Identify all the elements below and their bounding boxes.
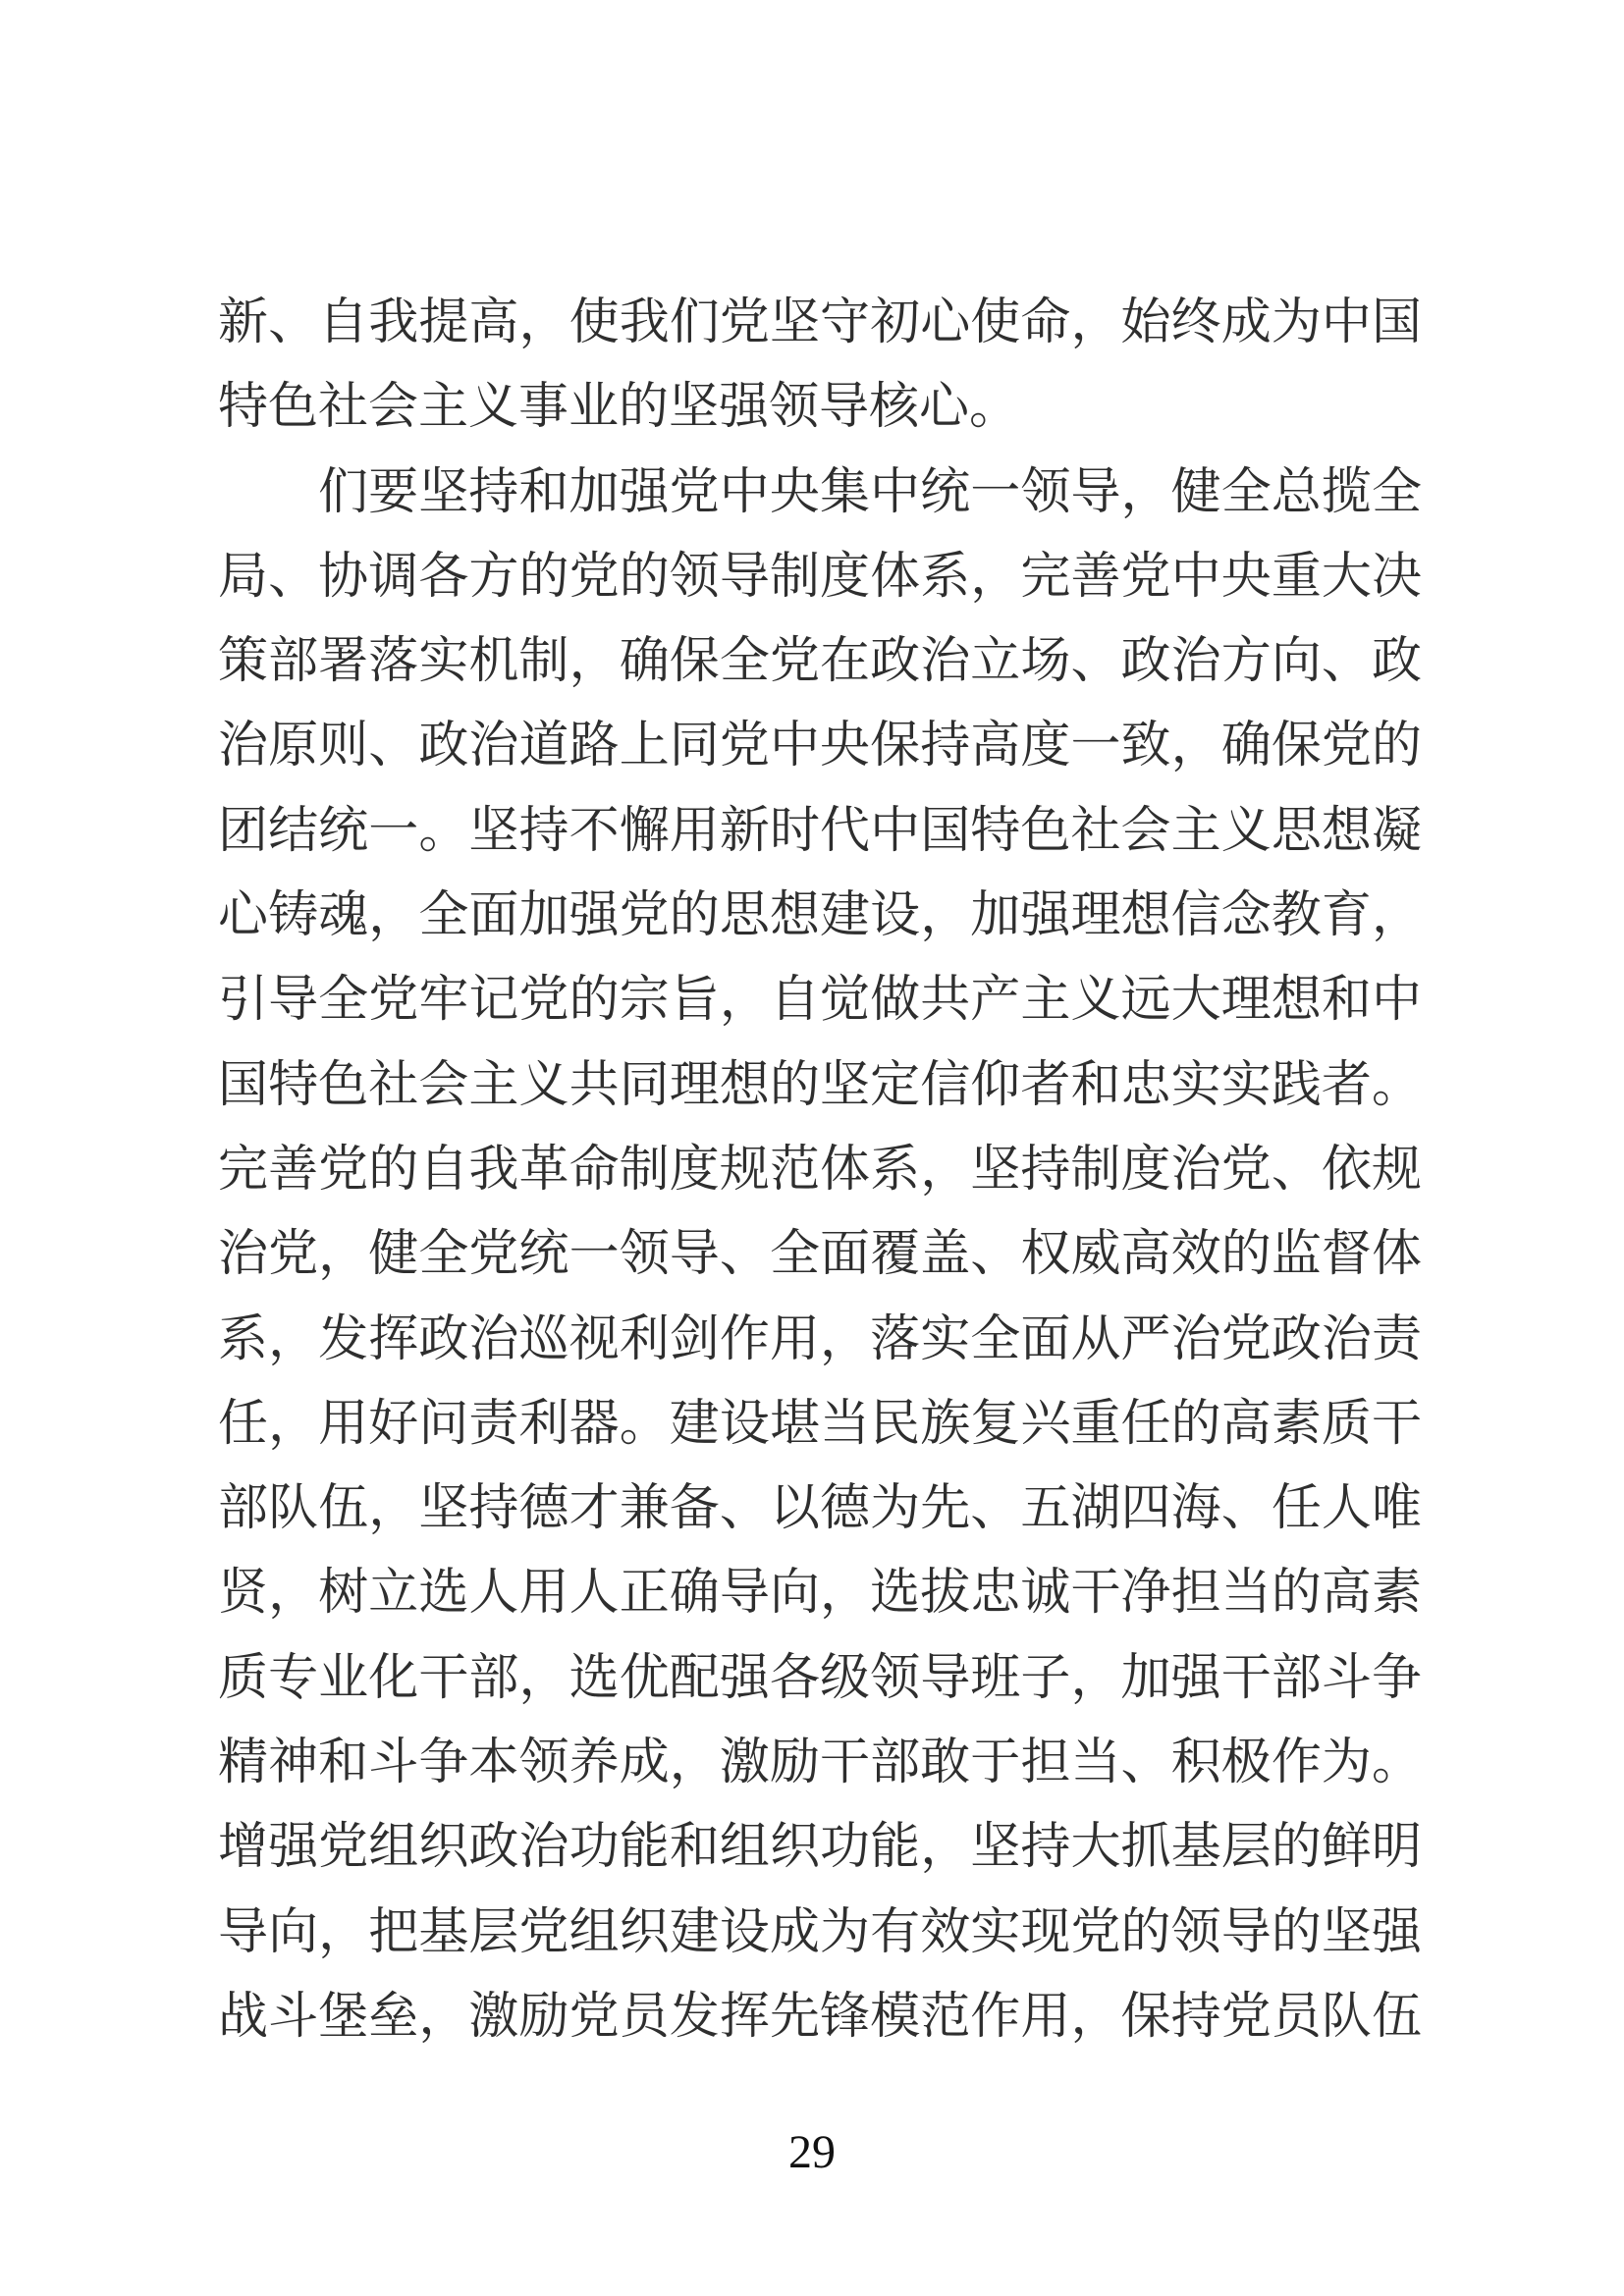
text-line: 任，用好问责利器。建设堪当民族复兴重任的高素质干 bbox=[218, 1382, 1422, 1467]
body-text: 新、自我提高，使我们党坚守初心使命，始终成为中国 特色社会主义事业的坚强领导核心… bbox=[218, 281, 1422, 2059]
text-line: 精神和斗争本领养成，激励干部敢于担当、积极作为。 bbox=[218, 1721, 1422, 1805]
text-line: 策部署落实机制，确保全党在政治立场、政治方向、政 bbox=[218, 619, 1422, 704]
text-line: 特色社会主义事业的坚强领导核心。 bbox=[218, 365, 1422, 450]
page-number: 29 bbox=[0, 2128, 1624, 2177]
text-line: 增强党组织政治功能和组织功能，坚持大抓基层的鲜明 bbox=[218, 1805, 1422, 1890]
text-line: 完善党的自我革命制度规范体系，坚持制度治党、依规 bbox=[218, 1128, 1422, 1212]
text-line: 们要坚持和加强党中央集中统一领导，健全总揽全 bbox=[218, 451, 1422, 535]
text-line: 局、协调各方的党的领导制度体系，完善党中央重大决 bbox=[218, 535, 1422, 619]
text-line: 国特色社会主义共同理想的坚定信仰者和忠实实践者。 bbox=[218, 1043, 1422, 1128]
text-line: 部队伍，坚持德才兼备、以德为先、五湖四海、任人唯 bbox=[218, 1467, 1422, 1551]
text-line: 治党，健全党统一领导、全面覆盖、权威高效的监督体 bbox=[218, 1212, 1422, 1297]
text-line: 系，发挥政治巡视利剑作用，落实全面从严治党政治责 bbox=[218, 1298, 1422, 1382]
text-line: 心铸魂，全面加强党的思想建设，加强理想信念教育， bbox=[218, 874, 1422, 958]
text-line: 战斗堡垒，激励党员发挥先锋模范作用，保持党员队伍 bbox=[218, 1975, 1422, 2059]
text-line: 质专业化干部，选优配强各级领导班子，加强干部斗争 bbox=[218, 1636, 1422, 1721]
text-line: 团结统一。坚持不懈用新时代中国特色社会主义思想凝 bbox=[218, 789, 1422, 874]
text-line: 导向，把基层党组织建设成为有效实现党的领导的坚强 bbox=[218, 1891, 1422, 1975]
text-line: 贤，树立选人用人正确导向，选拔忠诚干净担当的高素 bbox=[218, 1551, 1422, 1635]
text-line: 引导全党牢记党的宗旨，自觉做共产主义远大理想和中 bbox=[218, 958, 1422, 1042]
text-line: 新、自我提高，使我们党坚守初心使命，始终成为中国 bbox=[218, 281, 1422, 365]
text-line: 治原则、政治道路上同党中央保持高度一致，确保党的 bbox=[218, 704, 1422, 788]
document-page: 新、自我提高，使我们党坚守初心使命，始终成为中国 特色社会主义事业的坚强领导核心… bbox=[0, 0, 1624, 2296]
